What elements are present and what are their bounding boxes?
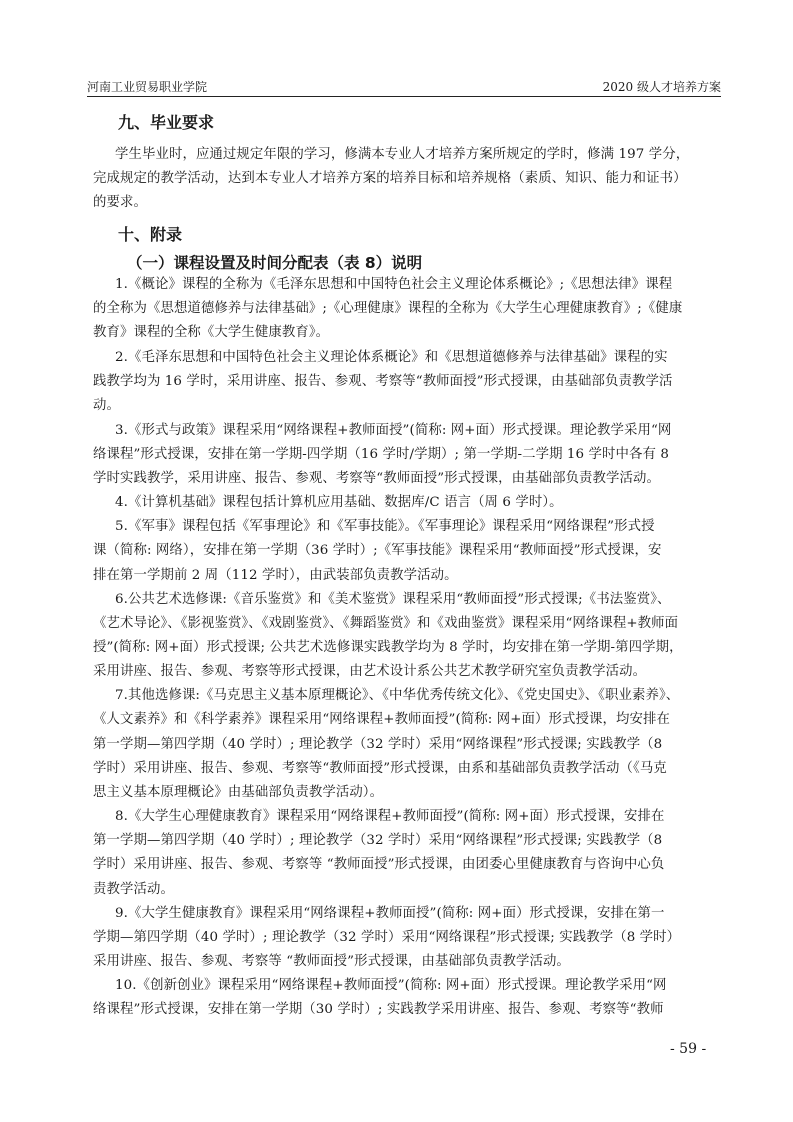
item-3-line: 络课程”形式授课，安排在第一学期-四学期（16 学时/学期）; 第一学期-二学期… xyxy=(93,446,715,464)
item-1-line: 1.《概论》课程的全称为《毛泽东思想和中国特色社会主义理论体系概论》;《思想法律… xyxy=(115,276,715,294)
institution-name: 河南工业贸易职业学院 xyxy=(87,78,207,95)
item-9-line: 9.《大学生健康教育》课程采用“网络课程+教师面授”(简称: 网+面）形式授课，… xyxy=(115,905,715,923)
paragraph-line: 学生毕业时，应通过规定年限的学习，修满本专业人才培养方案所规定的学时，修满 19… xyxy=(115,146,715,164)
item-2-line: 2.《毛泽东思想和中国特色社会主义理论体系概论》和《思想道德修养与法律基础》课程… xyxy=(115,349,715,367)
item-5-line: 5.《军事》课程包括《军事理论》和《军事技能》。《军事理论》课程采用“网络课程”… xyxy=(115,518,715,536)
item-8-line: 8.《大学生心理健康教育》课程采用“网络课程+教师面授”(简称: 网+面）形式授… xyxy=(115,808,715,826)
page-number: - 59 - xyxy=(670,1041,706,1057)
item-8-line: 第一学期—第四学期（40 学时）; 理论教学（32 学时）采用“网络课程”形式授… xyxy=(93,832,715,850)
subsection-heading: （一）课程设置及时间分配表（表 8）说明 xyxy=(127,251,422,273)
item-8-line: 学时）采用讲座、报告、参观、考察等 “教师面授”形式授课，由团委心里健康教育与咨… xyxy=(93,856,715,874)
item-7-line: 学时）采用讲座、报告、参观、考察等“教师面授”形式授课，由系和基础部负责教学活动… xyxy=(93,760,715,778)
page-header: 河南工业贸易职业学院 2020 级人才培养方案 xyxy=(87,76,721,97)
paragraph-line: 的要求。 xyxy=(93,194,715,212)
item-10-line: 络课程”形式授课，安排在第一学期（30 学时）; 实践教学采用讲座、报告、参观、… xyxy=(93,1001,715,1019)
item-3-line: 学时实践教学，采用讲座、报告、参观、考察等“教师面授”形式授课，由基础部负责教学… xyxy=(93,470,715,488)
item-10-line: 10.《创新创业》课程采用“网络课程+教师面授”(简称: 网+面）形式授课。理论… xyxy=(115,977,715,995)
item-1-line: 的全称为《思想道德修养与法律基础》;《心理健康》课程的全称为《大学生心理健康教育… xyxy=(93,300,715,318)
item-6-line: 采用讲座、报告、参观、考察等形式授课，由艺术设计系公共艺术教学研究室负责教学活动… xyxy=(93,663,715,681)
item-8-line: 责教学活动。 xyxy=(93,881,715,899)
item-2-line: 践教学均为 16 学时，采用讲座、报告、参观、考察等“教师面授”形式授课，由基础… xyxy=(93,373,715,391)
item-6-line: 6.公共艺术选修课:《音乐鉴赏》和《美术鉴赏》课程采用“教师面授”形式授课;《书… xyxy=(115,591,715,609)
item-5-line: 排在第一学期前 2 周（112 学时），由武装部负责教学活动。 xyxy=(93,567,715,585)
item-9-line: 采用讲座、报告、参观、考察等 “教师面授”形式授课，由基础部负责教学活动。 xyxy=(93,953,715,971)
item-9-line: 学期—第四学期（40 学时）; 理论教学（32 学时）采用“网络课程”形式授课;… xyxy=(93,929,715,947)
item-2-line: 动。 xyxy=(93,397,715,415)
item-4-line: 4.《计算机基础》课程包括计算机应用基础、数据库/C 语言（周 6 学时）。 xyxy=(115,494,715,512)
item-6-line: 授”(简称: 网+面）形式授课; 公共艺术选修课实践教学均为 8 学时，均安排在… xyxy=(93,639,715,657)
item-1-line: 教育》课程的全称《大学生健康教育》。 xyxy=(93,324,715,342)
item-3-line: 3.《形式与政策》课程采用“网络课程+教师面授”(简称: 网+面）形式授课。理论… xyxy=(115,422,715,440)
document-title: 2020 级人才培养方案 xyxy=(603,78,721,95)
item-7-line: 第一学期—第四学期（40 学时）; 理论教学（32 学时）采用“网络课程”形式授… xyxy=(93,736,715,754)
item-7-line: 《人文素养》和《科学素养》课程采用“网络课程+教师面授”(简称: 网+面）形式授… xyxy=(93,711,715,729)
paragraph-line: 完成规定的教学活动，达到本专业人才培养方案的培养目标和培养规格（素质、知识、能力… xyxy=(93,170,715,188)
section-heading-graduation: 九、毕业要求 xyxy=(118,110,214,133)
item-7-line: 7.其他选修课:《马克思主义基本原理概论》、《中华优秀传统文化》、《党史国史》、… xyxy=(115,687,715,705)
item-7-line: 思主义基本原理概论》由基础部负责教学活动）。 xyxy=(93,784,715,802)
item-5-line: 课（简称: 网络），安排在第一学期（36 学时）;《军事技能》课程采用“教师面授… xyxy=(93,542,715,560)
item-6-line: 《艺术导论》、《影视鉴赏》、《戏剧鉴赏》、《舞蹈鉴赏》和《戏曲鉴赏》课程采用“网… xyxy=(93,615,715,633)
section-heading-appendix: 十、附录 xyxy=(118,222,182,245)
